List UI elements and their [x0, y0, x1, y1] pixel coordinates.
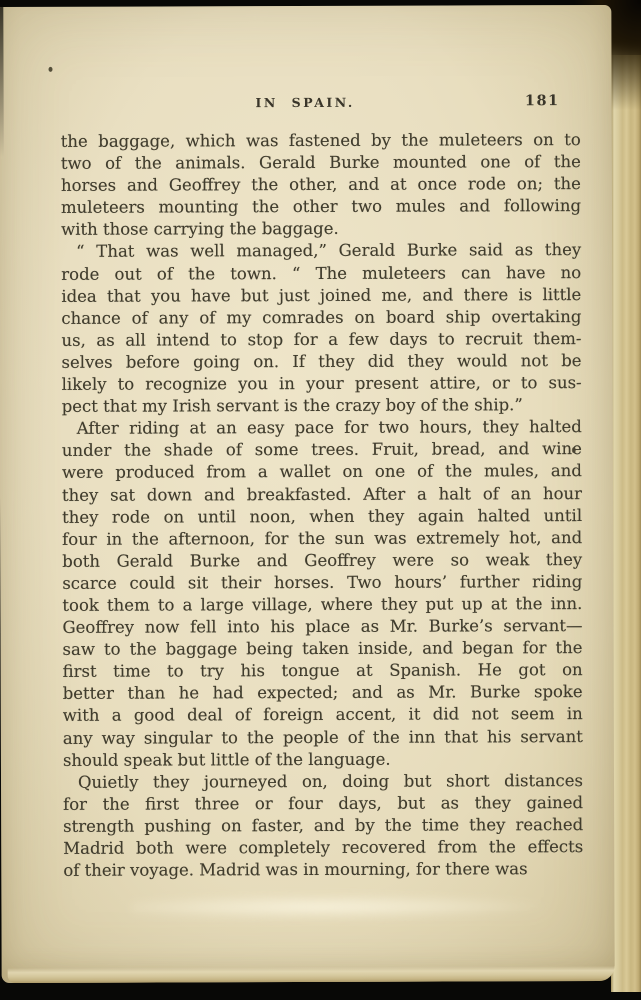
text-line: pect that my Irish servant is the crazy …	[62, 394, 582, 418]
text-line: with a good deal of foreign accent, it d…	[63, 703, 583, 727]
text-line: rode out of the town. “ The muleteers ca…	[61, 262, 581, 286]
text-line: were produced from a wallet on one of th…	[62, 460, 582, 484]
text-line: chance of any of my comrades on board sh…	[61, 306, 581, 330]
text-line: likely to recognize you in your present …	[62, 372, 582, 396]
text-line: they rode on until noon, when they again…	[62, 505, 582, 529]
text-line: Madrid both were completely recovered fr…	[63, 836, 583, 860]
text-line: any way singular to the people of the in…	[63, 726, 583, 750]
text-line: under the shade of some trees. Fruit, br…	[62, 438, 582, 462]
bottom-page-edges	[8, 966, 615, 983]
text-line: better than he had expected; and as Mr. …	[63, 681, 583, 705]
text-line: they sat down and breakfasted. After a h…	[62, 483, 582, 507]
text-line: of their voyage. Madrid was in mourning,…	[63, 858, 583, 882]
text-line: selves before going on. If they did they…	[62, 350, 582, 374]
scan-background: IN SPAIN. 181 the baggage, which was fas…	[0, 0, 641, 1000]
bottom-light-smear	[131, 893, 551, 920]
text-line: strength pushing on faster, and by the t…	[63, 814, 583, 838]
text-line: muleteers mounting the other two mules a…	[61, 195, 581, 219]
text-line: first time to try his tongue at Spanish.…	[63, 659, 583, 683]
running-title: IN SPAIN.	[0, 94, 612, 111]
text-line: with those carrying the baggage.	[61, 217, 581, 241]
text-line: scarce could sit their horses. Two hours…	[62, 571, 582, 595]
text-line: horses and Geoffrey the other, and at on…	[61, 173, 581, 197]
text-line: should speak but little of the language.	[63, 748, 583, 772]
text-line: Quietly they journeyed on, doing but sho…	[63, 770, 583, 794]
text-line: “ That was well managed,” Gerald Burke s…	[61, 240, 581, 264]
text-line: us, as all intend to stop for a few days…	[61, 328, 581, 352]
left-edge-shadow	[0, 7, 4, 157]
book-page: IN SPAIN. 181 the baggage, which was fas…	[0, 5, 615, 983]
text-block: the baggage, which was fastened by the m…	[61, 129, 584, 882]
text-line: four in the afternoon, for the sun was e…	[62, 527, 582, 551]
text-line: the baggage, which was fastened by the m…	[61, 129, 581, 153]
ink-blot	[572, 447, 576, 453]
text-line: After riding at an easy pace for two hou…	[62, 416, 582, 440]
text-line: both Gerald Burke and Geoffrey were so w…	[62, 549, 582, 573]
text-line: took them to a large village, where they…	[62, 593, 582, 617]
text-line: Geoffrey now fell into his place as Mr. …	[62, 615, 582, 639]
text-line: for the first three or four days, but as…	[63, 792, 583, 816]
ink-speck	[49, 67, 53, 72]
page-number: 181	[525, 92, 560, 109]
book-fore-edge-pages	[611, 0, 641, 992]
text-line: saw to the baggage being taken inside, a…	[63, 637, 583, 661]
text-line: two of the animals. Gerald Burke mounted…	[61, 151, 581, 175]
text-line: idea that you have but just joined me, a…	[61, 284, 581, 308]
